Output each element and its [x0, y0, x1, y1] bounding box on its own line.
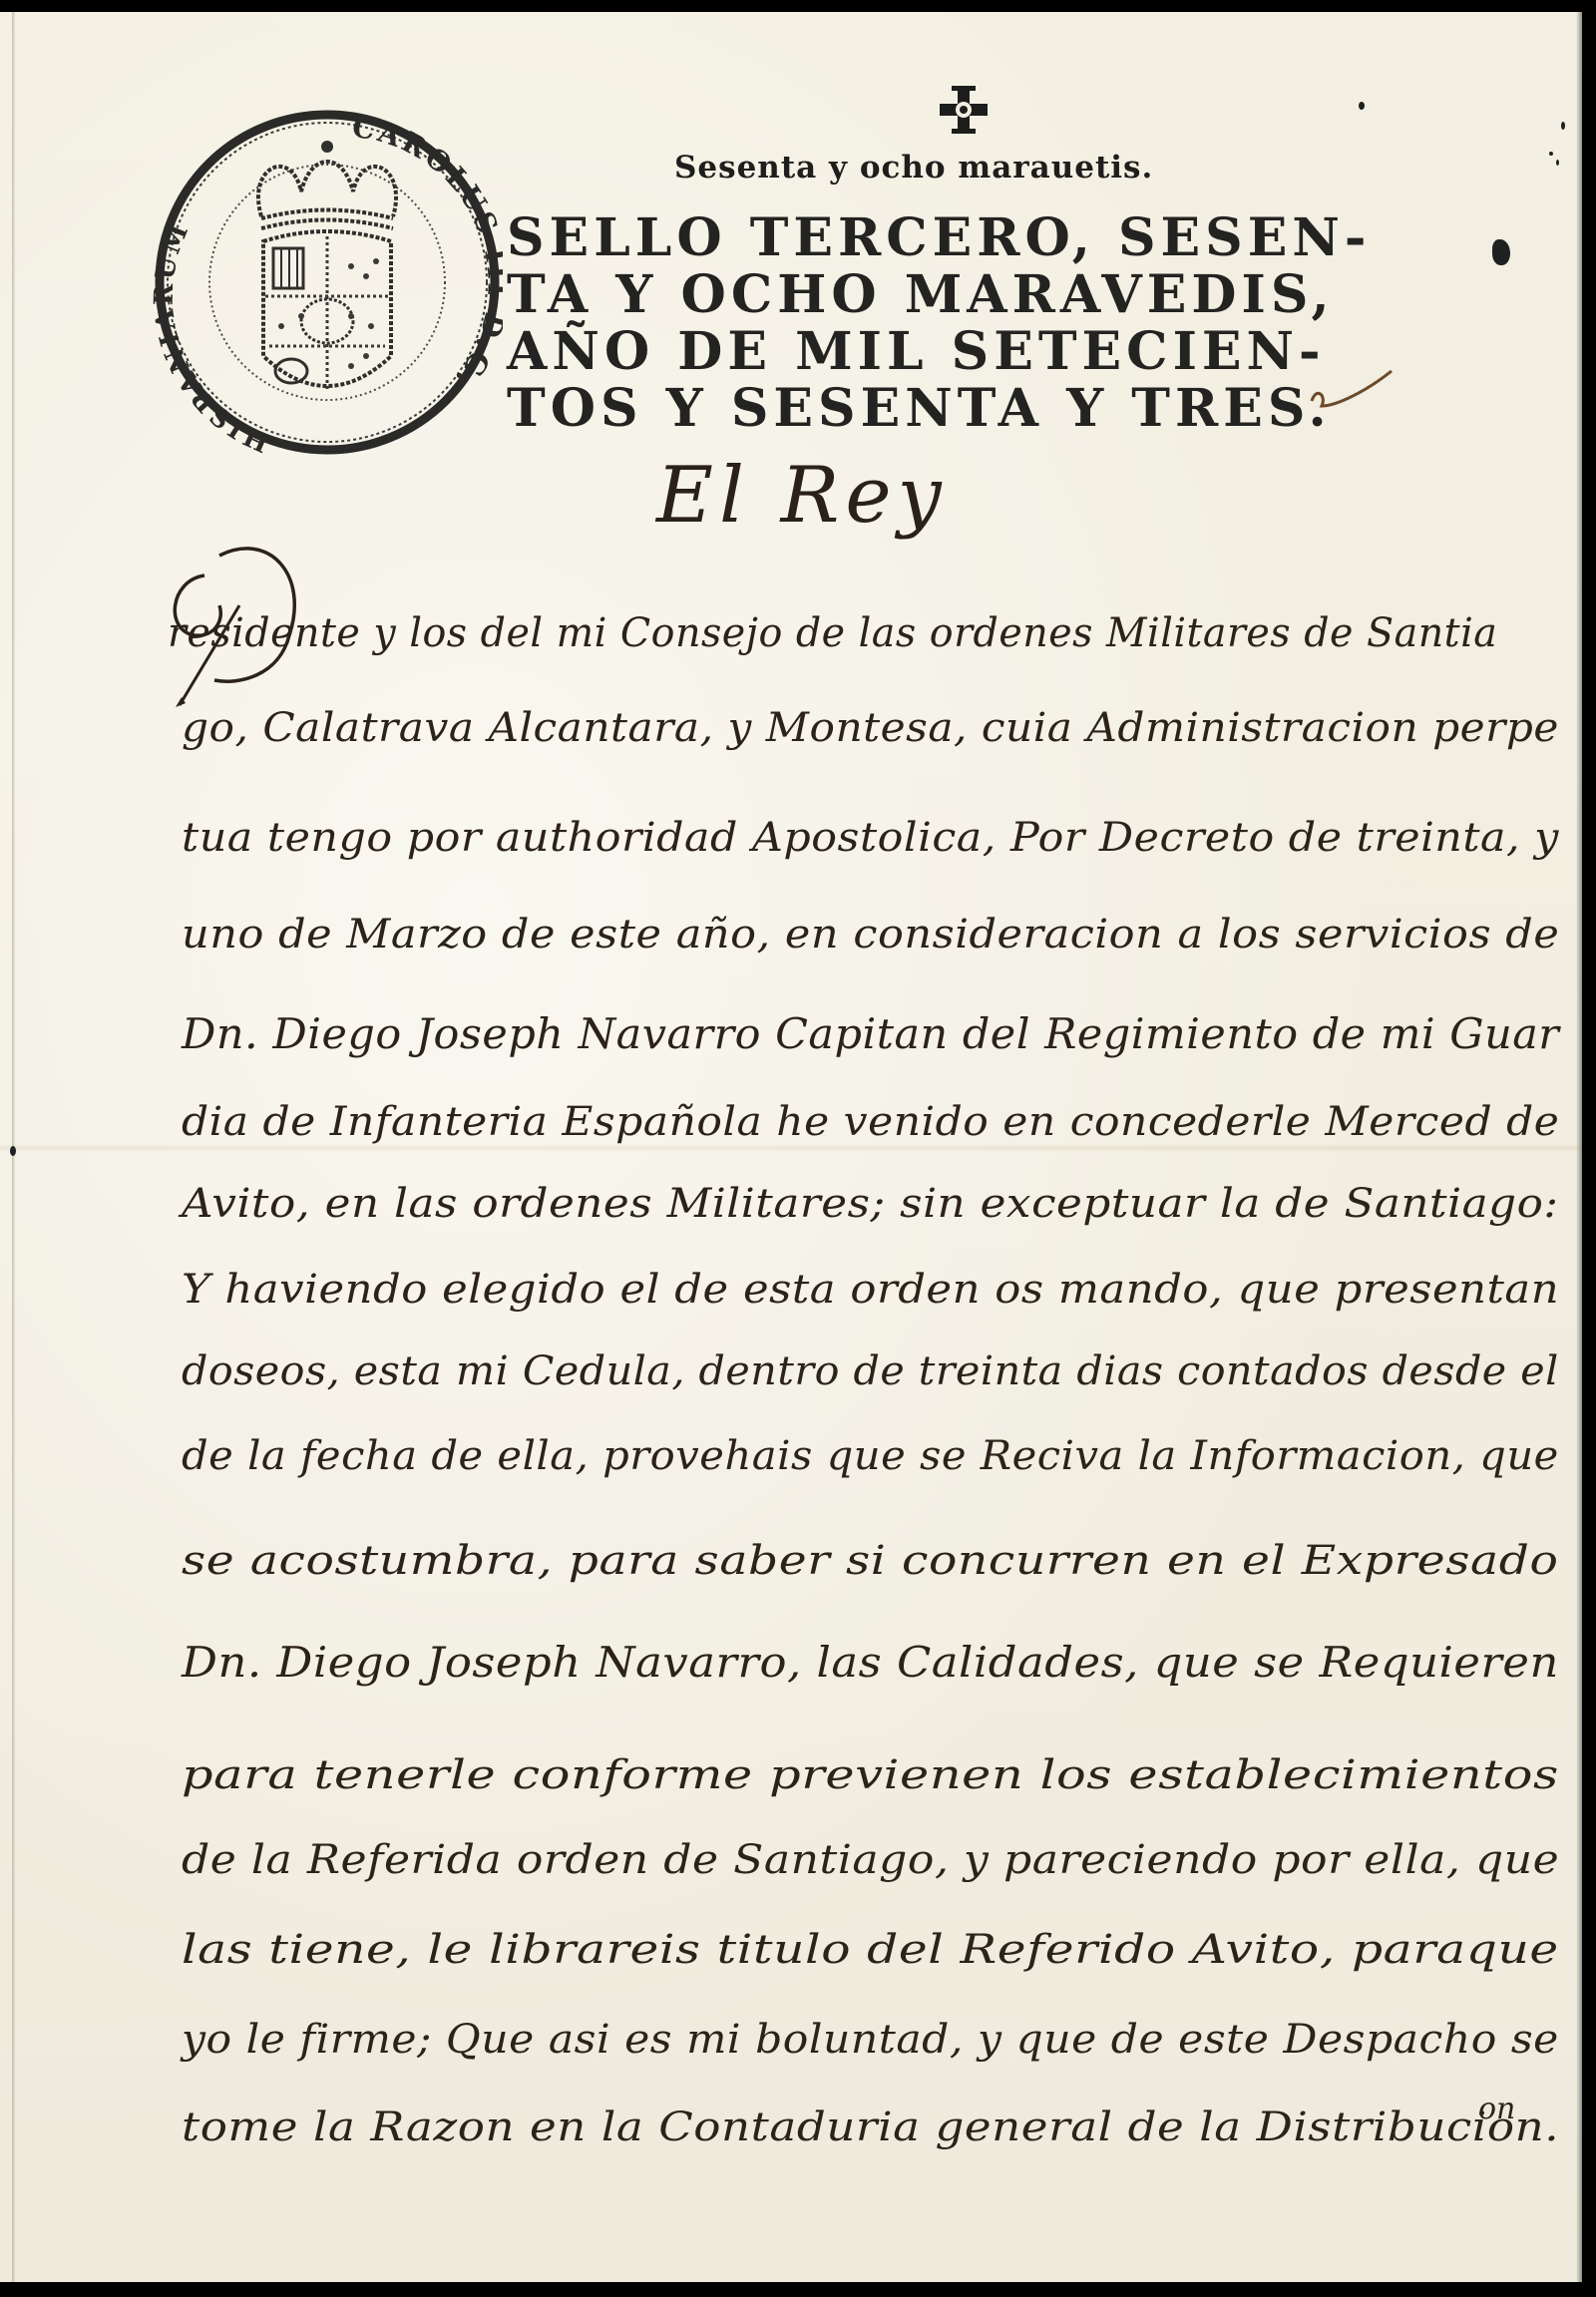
- body-line-3: tua tengo por authoridad Apostolica, Por…: [182, 815, 1559, 861]
- body-line-8: Y haviendo elegido el de esta orden os m…: [182, 1267, 1559, 1313]
- body-line-17: tome la Razon en la Contaduria general d…: [182, 2105, 1559, 2150]
- superscript-abbreviation: on: [1478, 2092, 1515, 2126]
- manuscript-page: CAROLUS III D.G. HISPANIARUM: [0, 12, 1582, 2282]
- body-line-11: se acostumbra, para saber si concurren e…: [182, 1538, 1558, 1584]
- decree-body: residente y los del mi Consejo de las or…: [0, 12, 1582, 2282]
- body-line-5: Dn. Diego Joseph Navarro Capitan del Reg…: [182, 1009, 1559, 1058]
- body-line-2: go, Calatrava Alcantara, y Montesa, cuia…: [182, 705, 1559, 751]
- body-line-1: residente y los del mi Consejo de las or…: [168, 610, 1559, 656]
- body-line-12: Dn. Diego Joseph Navarro, las Calidades,…: [182, 1638, 1559, 1687]
- body-line-6: dia de Infanteria Española he venido en …: [182, 1099, 1559, 1145]
- body-line-15: las tiene, le librareis titulo del Refer…: [182, 1927, 1559, 1973]
- body-line-9: doseos, esta mi Cedula, dentro de treint…: [182, 1348, 1559, 1394]
- body-line-14: de la Referida orden de Santiago, y pare…: [182, 1837, 1559, 1883]
- body-line-13: para tenerle conforme previenen los esta…: [182, 1752, 1559, 1798]
- body-line-4: uno de Marzo de este año, en consideraci…: [182, 912, 1559, 957]
- body-line-10: de la fecha de ella, provehais que se Re…: [182, 1433, 1559, 1479]
- body-line-16: yo le firme; Que asi es mi boluntad, y q…: [182, 2017, 1559, 2063]
- body-line-7: Avito, en las ordenes Militares; sin exc…: [182, 1181, 1559, 1227]
